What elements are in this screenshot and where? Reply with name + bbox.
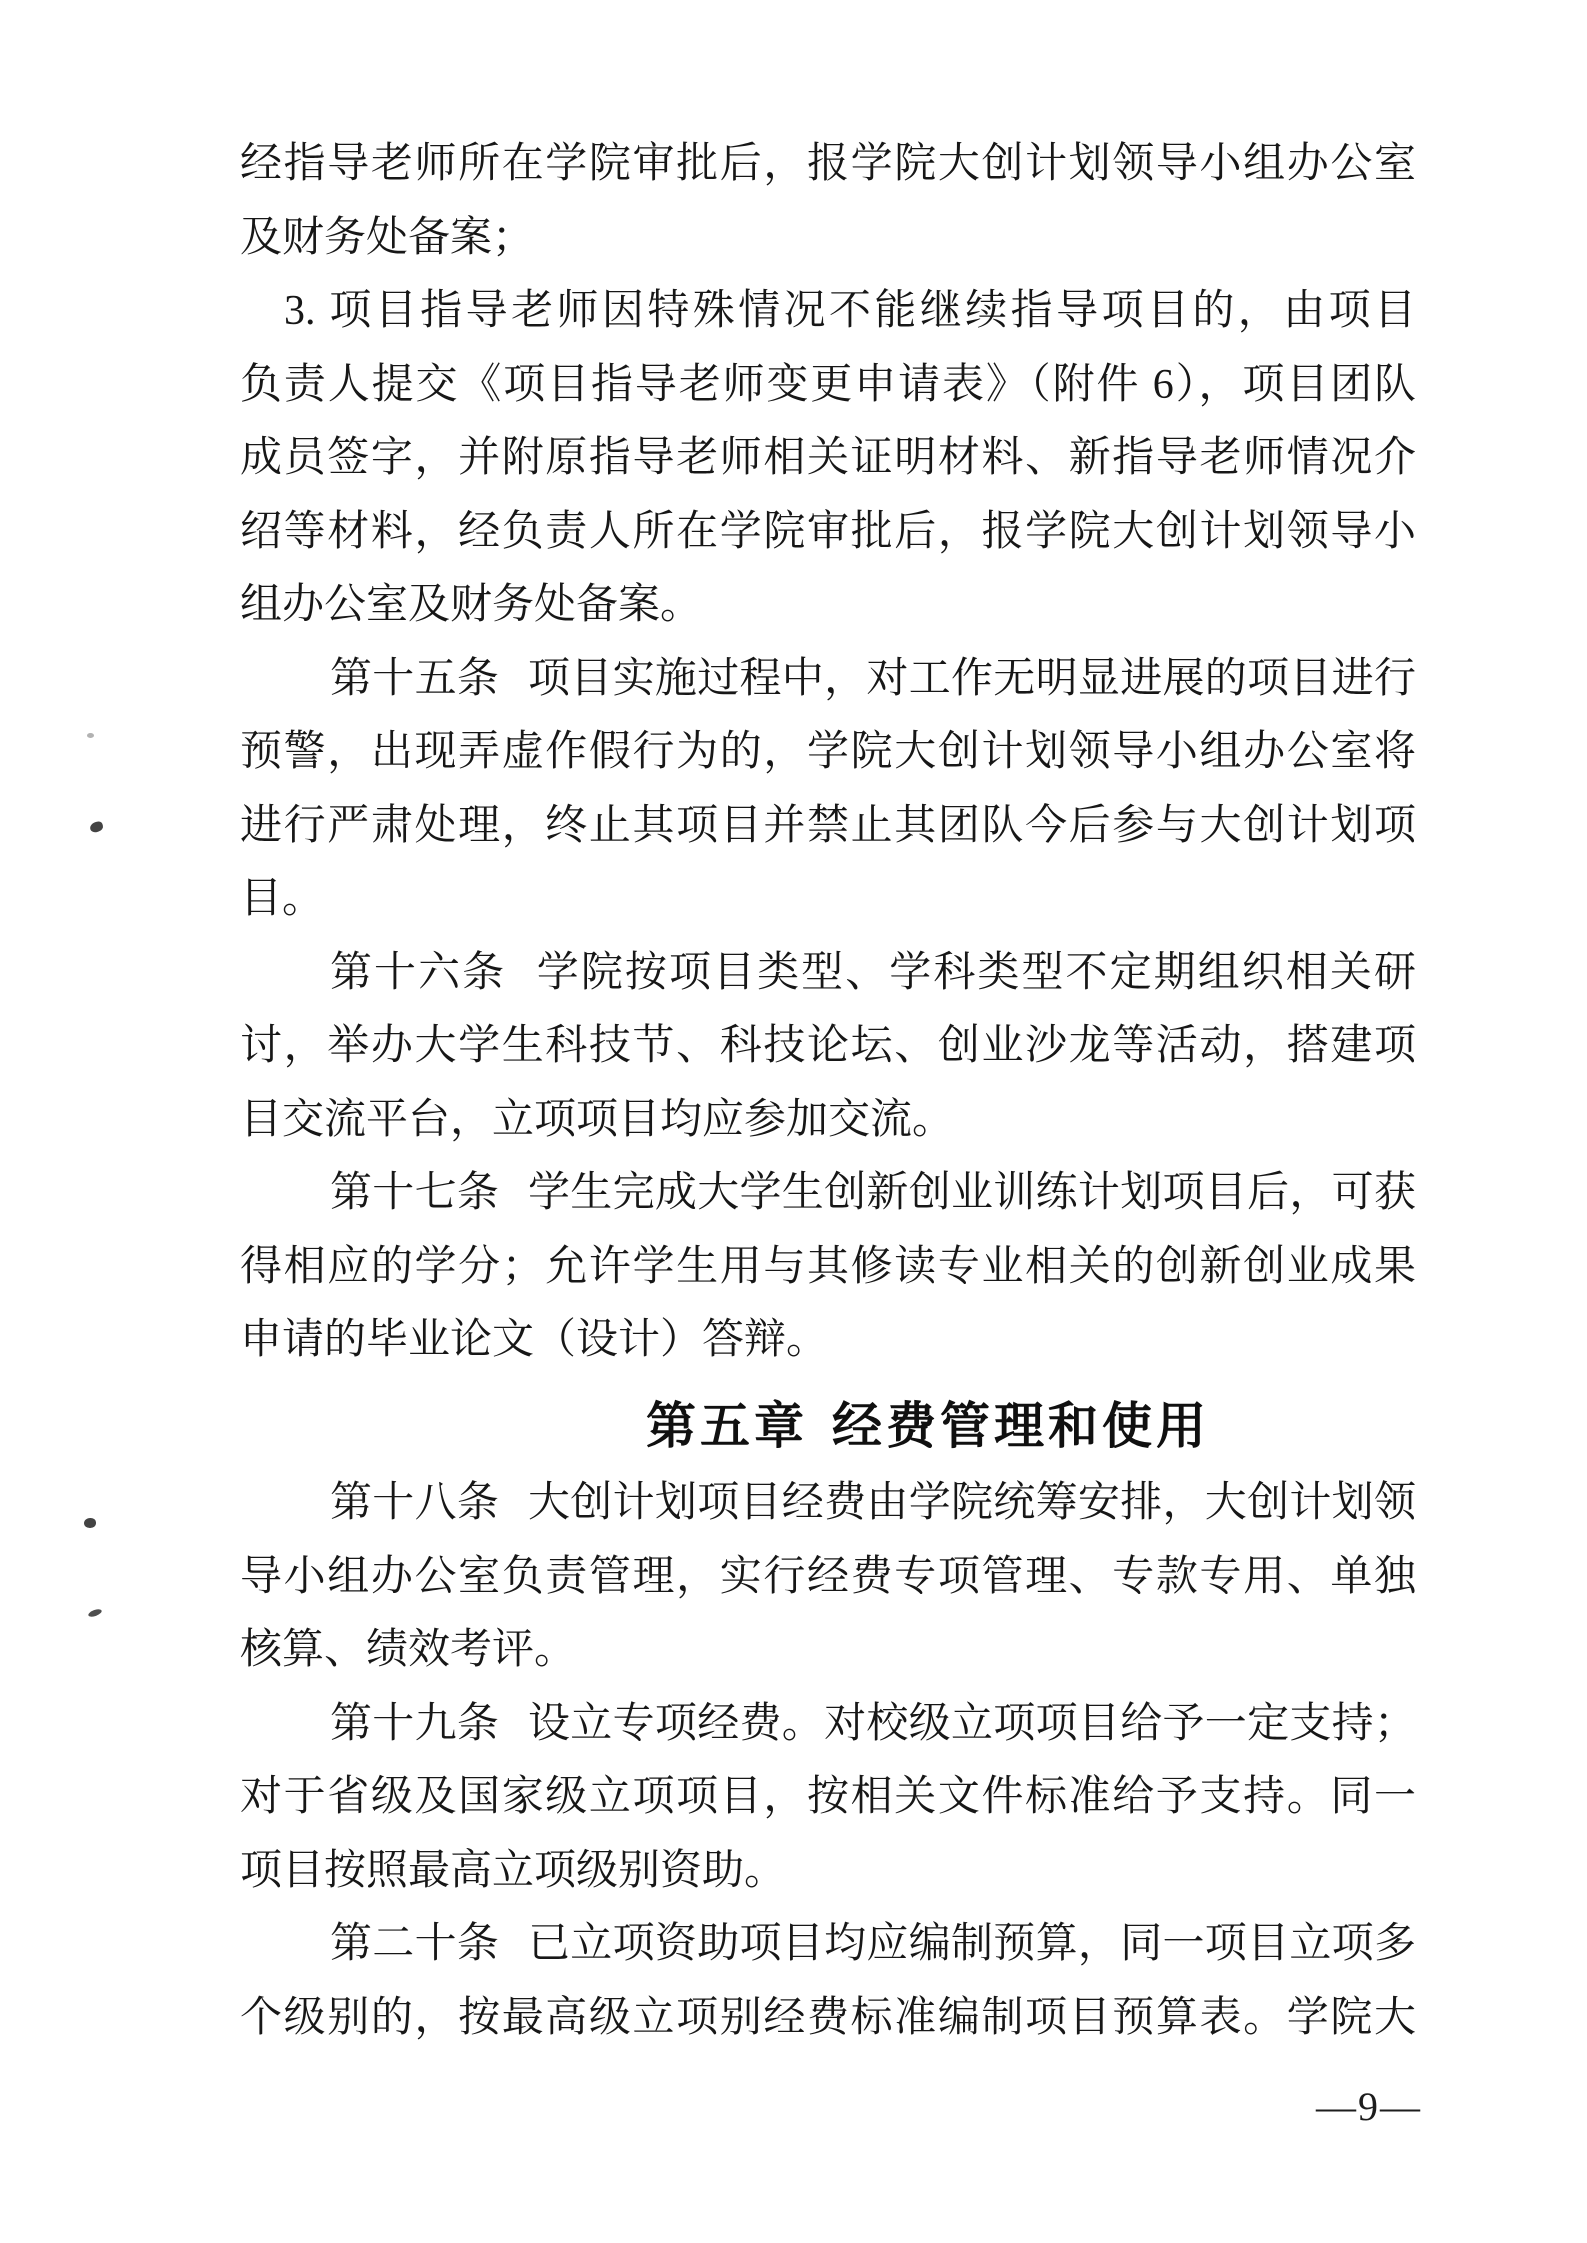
- text-line: 目交流平台，立项项目均应参加交流。: [240, 1084, 1416, 1158]
- text-line: 核算、绩效考评。: [240, 1614, 1416, 1688]
- text-line: 第二十条 已立项资助项目均应编制预算，同一项目立项多: [240, 1908, 1416, 1982]
- document-body: 经指导老师所在学院审批后，报学院大创计划领导小组办公室及财务处备案；3. 项目指…: [240, 128, 1416, 2055]
- text-line: 导小组办公室负责管理，实行经费专项管理、专款专用、单独: [240, 1541, 1416, 1615]
- text-line: 项目按照最高立项级别资助。: [240, 1835, 1416, 1909]
- text-line: 负责人提交《项目指导老师变更申请表》（附件 6），项目团队: [240, 349, 1416, 423]
- text-line: 经指导老师所在学院审批后，报学院大创计划领导小组办公室: [240, 128, 1416, 202]
- text-line: 及财务处备案；: [240, 202, 1416, 276]
- page-number: —9—: [1316, 2085, 1422, 2129]
- scan-artifact-mark: [87, 733, 94, 738]
- text-line: 个级别的，按最高级立项别经费标准编制项目预算表。学院大: [240, 1982, 1416, 2056]
- text-line: 讨，举办大学生科技节、科技论坛、创业沙龙等活动，搭建项: [240, 1010, 1416, 1084]
- text-line: 组办公室及财务处备案。: [240, 569, 1416, 643]
- scan-artifact-mark: [89, 820, 104, 833]
- text-line: 成员签字，并附原指导老师相关证明材料、新指导老师情况介: [240, 422, 1416, 496]
- text-line: 进行严肃处理，终止其项目并禁止其团队今后参与大创计划项: [240, 790, 1416, 864]
- text-line: 第十六条 学院按项目类型、学科类型不定期组织相关研: [240, 937, 1416, 1011]
- text-line: 绍等材料，经负责人所在学院审批后，报学院大创计划领导小: [240, 496, 1416, 570]
- text-line: 第十九条 设立专项经费。对校级立项项目给予一定支持；: [240, 1688, 1416, 1762]
- text-line: 第十七条 学生完成大学生创新创业训练计划项目后，可获: [240, 1157, 1416, 1231]
- text-line: 申请的毕业论文（设计）答辩。: [240, 1304, 1416, 1378]
- text-line: 预警，出现弄虚作假行为的，学院大创计划领导小组办公室将: [240, 716, 1416, 790]
- chapter-heading: 第五章 经费管理和使用: [340, 1390, 1516, 1464]
- text-line: 第十八条 大创计划项目经费由学院统筹安排，大创计划领: [240, 1467, 1416, 1541]
- scan-artifact-mark: [84, 1518, 96, 1528]
- text-line: 第十五条 项目实施过程中，对工作无明显进展的项目进行: [240, 643, 1416, 717]
- text-line: 对于省级及国家级立项项目，按相关文件标准给予支持。同一: [240, 1761, 1416, 1835]
- text-line: 3. 项目指导老师因特殊情况不能继续指导项目的，由项目: [240, 275, 1416, 349]
- scan-artifact-mark: [87, 1608, 102, 1618]
- text-line: 目。: [240, 863, 1416, 937]
- text-line: 得相应的学分；允许学生用与其修读专业相关的创新创业成果: [240, 1231, 1416, 1305]
- scanned-page: 经指导老师所在学院审批后，报学院大创计划领导小组办公室及财务处备案；3. 项目指…: [0, 0, 1587, 2243]
